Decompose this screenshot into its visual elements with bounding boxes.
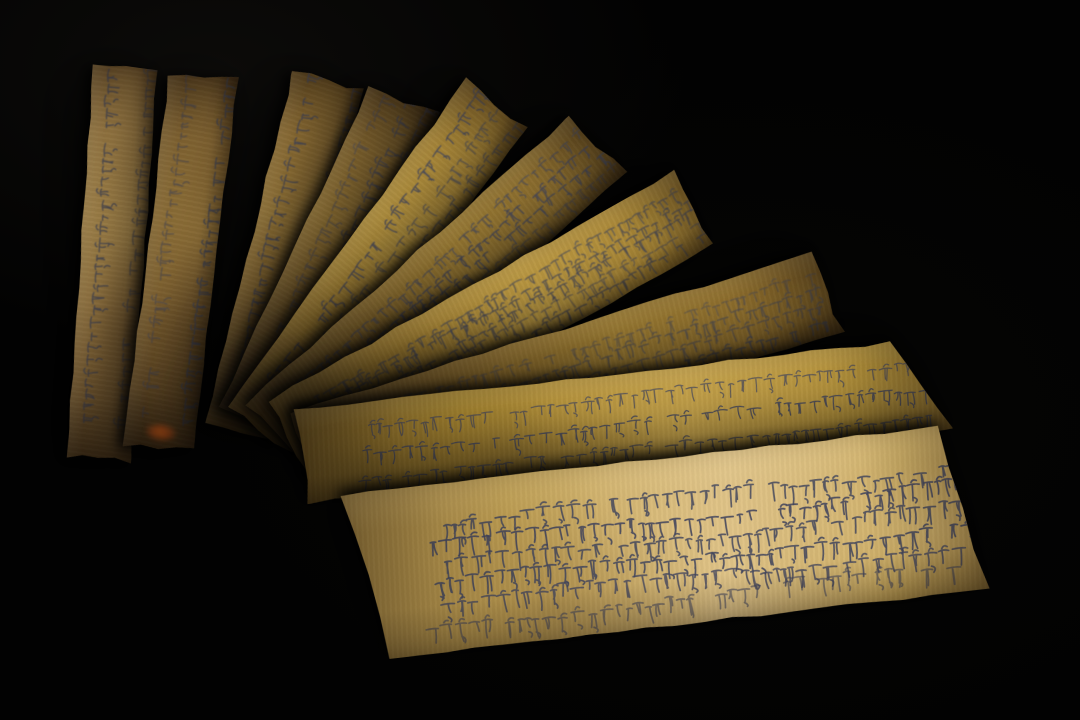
- script-line: [429, 474, 964, 568]
- script-line: [80, 69, 126, 424]
- photo-scene: [0, 0, 1080, 720]
